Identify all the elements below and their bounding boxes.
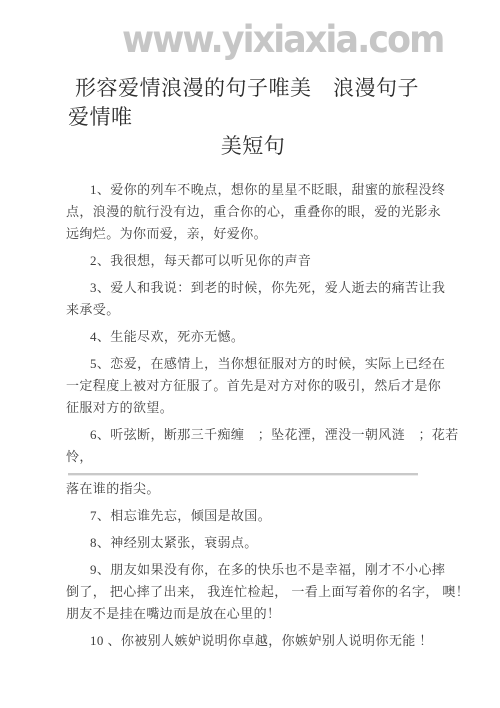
paragraph: 2、我很想，每天都可以听见你的声音 — [66, 250, 438, 272]
paragraph: 7、相忘谁先忘，倾国是故国。 — [66, 505, 438, 527]
paragraph-line: 2、我很想，每天都可以听见你的声音 — [66, 250, 438, 272]
paragraph-line: 落在谁的指尖。 — [66, 478, 438, 500]
paragraph-line: 倒了， 把心摔了出来， 我连忙检起， 一看上面写着你的名字， 噢！ — [66, 581, 438, 603]
document-page: www.yixiaxia.com 形容爱情浪漫的句子唯美 浪漫句子 爱情唯 美短… — [0, 0, 500, 708]
paragraph-line: 9、朋友如果没有你，在多的快乐也不是幸福，刚才不小心摔 — [66, 559, 438, 581]
paragraph-line: 4、生能尽欢，死亦无憾。 — [66, 326, 438, 348]
paragraph-line: 6、听弦断，断那三千痴缠 ；坠花湮，湮没一朝风涟 ；花若 — [66, 424, 438, 446]
document-title: 形容爱情浪漫的句子唯美 浪漫句子 爱情唯 美短句 — [68, 74, 438, 161]
paragraph: 落在谁的指尖。 — [66, 478, 438, 500]
paragraph-line: 1、爱你的列车不晚点，想你的星星不眨眼，甜蜜的旅程没终 — [66, 179, 438, 201]
paragraph-line: 朋友不是挂在嘴边而是放在心里的！ — [66, 603, 438, 625]
paragraph-line: 8、神经别太紧张，衰弱点。 — [66, 532, 438, 554]
paragraph-line: 来承受。 — [66, 299, 438, 321]
body-paragraphs: 1、爱你的列车不晚点，想你的星星不眨眼，甜蜜的旅程没终点，浪漫的航行没有边，重合… — [66, 179, 438, 657]
paragraph: 4、生能尽欢，死亦无憾。 — [66, 326, 438, 348]
paragraph-line: 怜， — [66, 446, 438, 468]
title-line-2: 爱情唯 — [68, 103, 438, 132]
title-line-1: 形容爱情浪漫的句子唯美 浪漫句子 — [68, 74, 438, 103]
paragraph: 5、恋爱，在感情上，当你想征服对方的时候，实际上已经在一定程度上被对方征服了。首… — [66, 353, 438, 419]
paragraph-line: 7、相忘谁先忘，倾国是故国。 — [66, 505, 438, 527]
paragraph-line: 10 、你被别人嫉妒说明你卓越，你嫉妒别人说明你无能 ！ — [66, 630, 438, 652]
paragraph: 3、爱人和我说：到老的时候，你先死，爱人逝去的痛苦让我来承受。 — [66, 277, 438, 321]
paragraph: 1、爱你的列车不晚点，想你的星星不眨眼，甜蜜的旅程没终点，浪漫的航行没有边，重合… — [66, 179, 438, 245]
paragraph-line: 一定程度上被对方征服了。首先是对方对你的吸引，然后才是你 — [66, 375, 438, 397]
paragraph-line: 征服对方的欲望。 — [66, 397, 438, 419]
title-line-3: 美短句 — [68, 132, 438, 161]
paragraph-line: 远绚烂。为你而爱，亲，好爱你。 — [66, 223, 438, 245]
site-watermark: www.yixiaxia.com — [122, 18, 444, 61]
paragraph-line: 3、爱人和我说：到老的时候，你先死，爱人逝去的痛苦让我 — [66, 277, 438, 299]
paragraph-line: 5、恋爱，在感情上，当你想征服对方的时候，实际上已经在 — [66, 353, 438, 375]
paragraph: 6、听弦断，断那三千痴缠 ；坠花湮，湮没一朝风涟 ；花若怜， — [66, 424, 438, 468]
page-break-divider — [68, 473, 418, 475]
paragraph: 8、神经别太紧张，衰弱点。 — [66, 532, 438, 554]
paragraph: 10 、你被别人嫉妒说明你卓越，你嫉妒别人说明你无能 ！ — [66, 630, 438, 652]
paragraph-line: 点，浪漫的航行没有边，重合你的心，重叠你的眼，爱的光影永 — [66, 201, 438, 223]
paragraph: 9、朋友如果没有你，在多的快乐也不是幸福，刚才不小心摔倒了， 把心摔了出来， 我… — [66, 559, 438, 625]
